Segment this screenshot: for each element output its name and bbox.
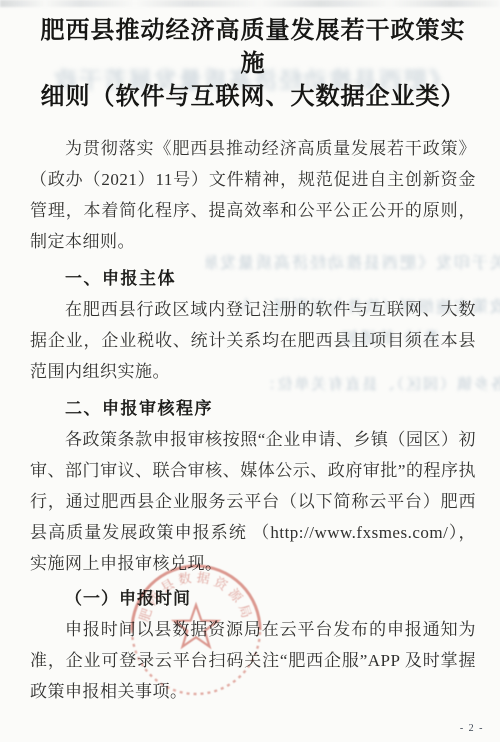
document-body: 肥西县推动经济高质量发展若干政策实施 细则（软件与互联网、大数据企业类） 为贯彻… [0, 0, 500, 707]
intro-paragraph: 为贯彻落实《肥西县推动经济高质量发展若干政策》（政办（2021）11号）文件精神… [30, 133, 476, 257]
section-body-declaration-subject: 在肥西县行政区域内登记注册的软件与互联网、大数据企业，企业税收、统计关系均在肥西… [30, 294, 476, 387]
page-number: - 2 - [460, 723, 484, 734]
subsection-body-declaration-time: 申报时间以县数据资源局在云平台发布的申报通知为准，企业可登录云平台扫码关注“肥西… [30, 614, 476, 707]
section-heading-declaration-subject: 一、申报主体 [30, 263, 476, 294]
section-heading-review-procedure: 二、申报审核程序 [30, 393, 476, 424]
section-body-review-procedure: 各政策条款申报审核按照“企业申请、乡镇（园区）初审、部门审议、联合审核、媒体公示… [30, 424, 476, 579]
document-title: 肥西县推动经济高质量发展若干政策实施 细则（软件与互联网、大数据企业类） [30, 15, 476, 114]
subsection-heading-declaration-time: （一）申报时间 [30, 583, 476, 614]
document-title-line1: 肥西县推动经济高质量发展若干政策实施 [30, 15, 476, 81]
document-title-line2: 细则（软件与互联网、大数据企业类） [30, 81, 476, 114]
scanned-document-page: 《肥西县推动经济高质量发展若干政策实施 关于印发《肥西县推动经济高质量发展若干 … [0, 0, 500, 742]
